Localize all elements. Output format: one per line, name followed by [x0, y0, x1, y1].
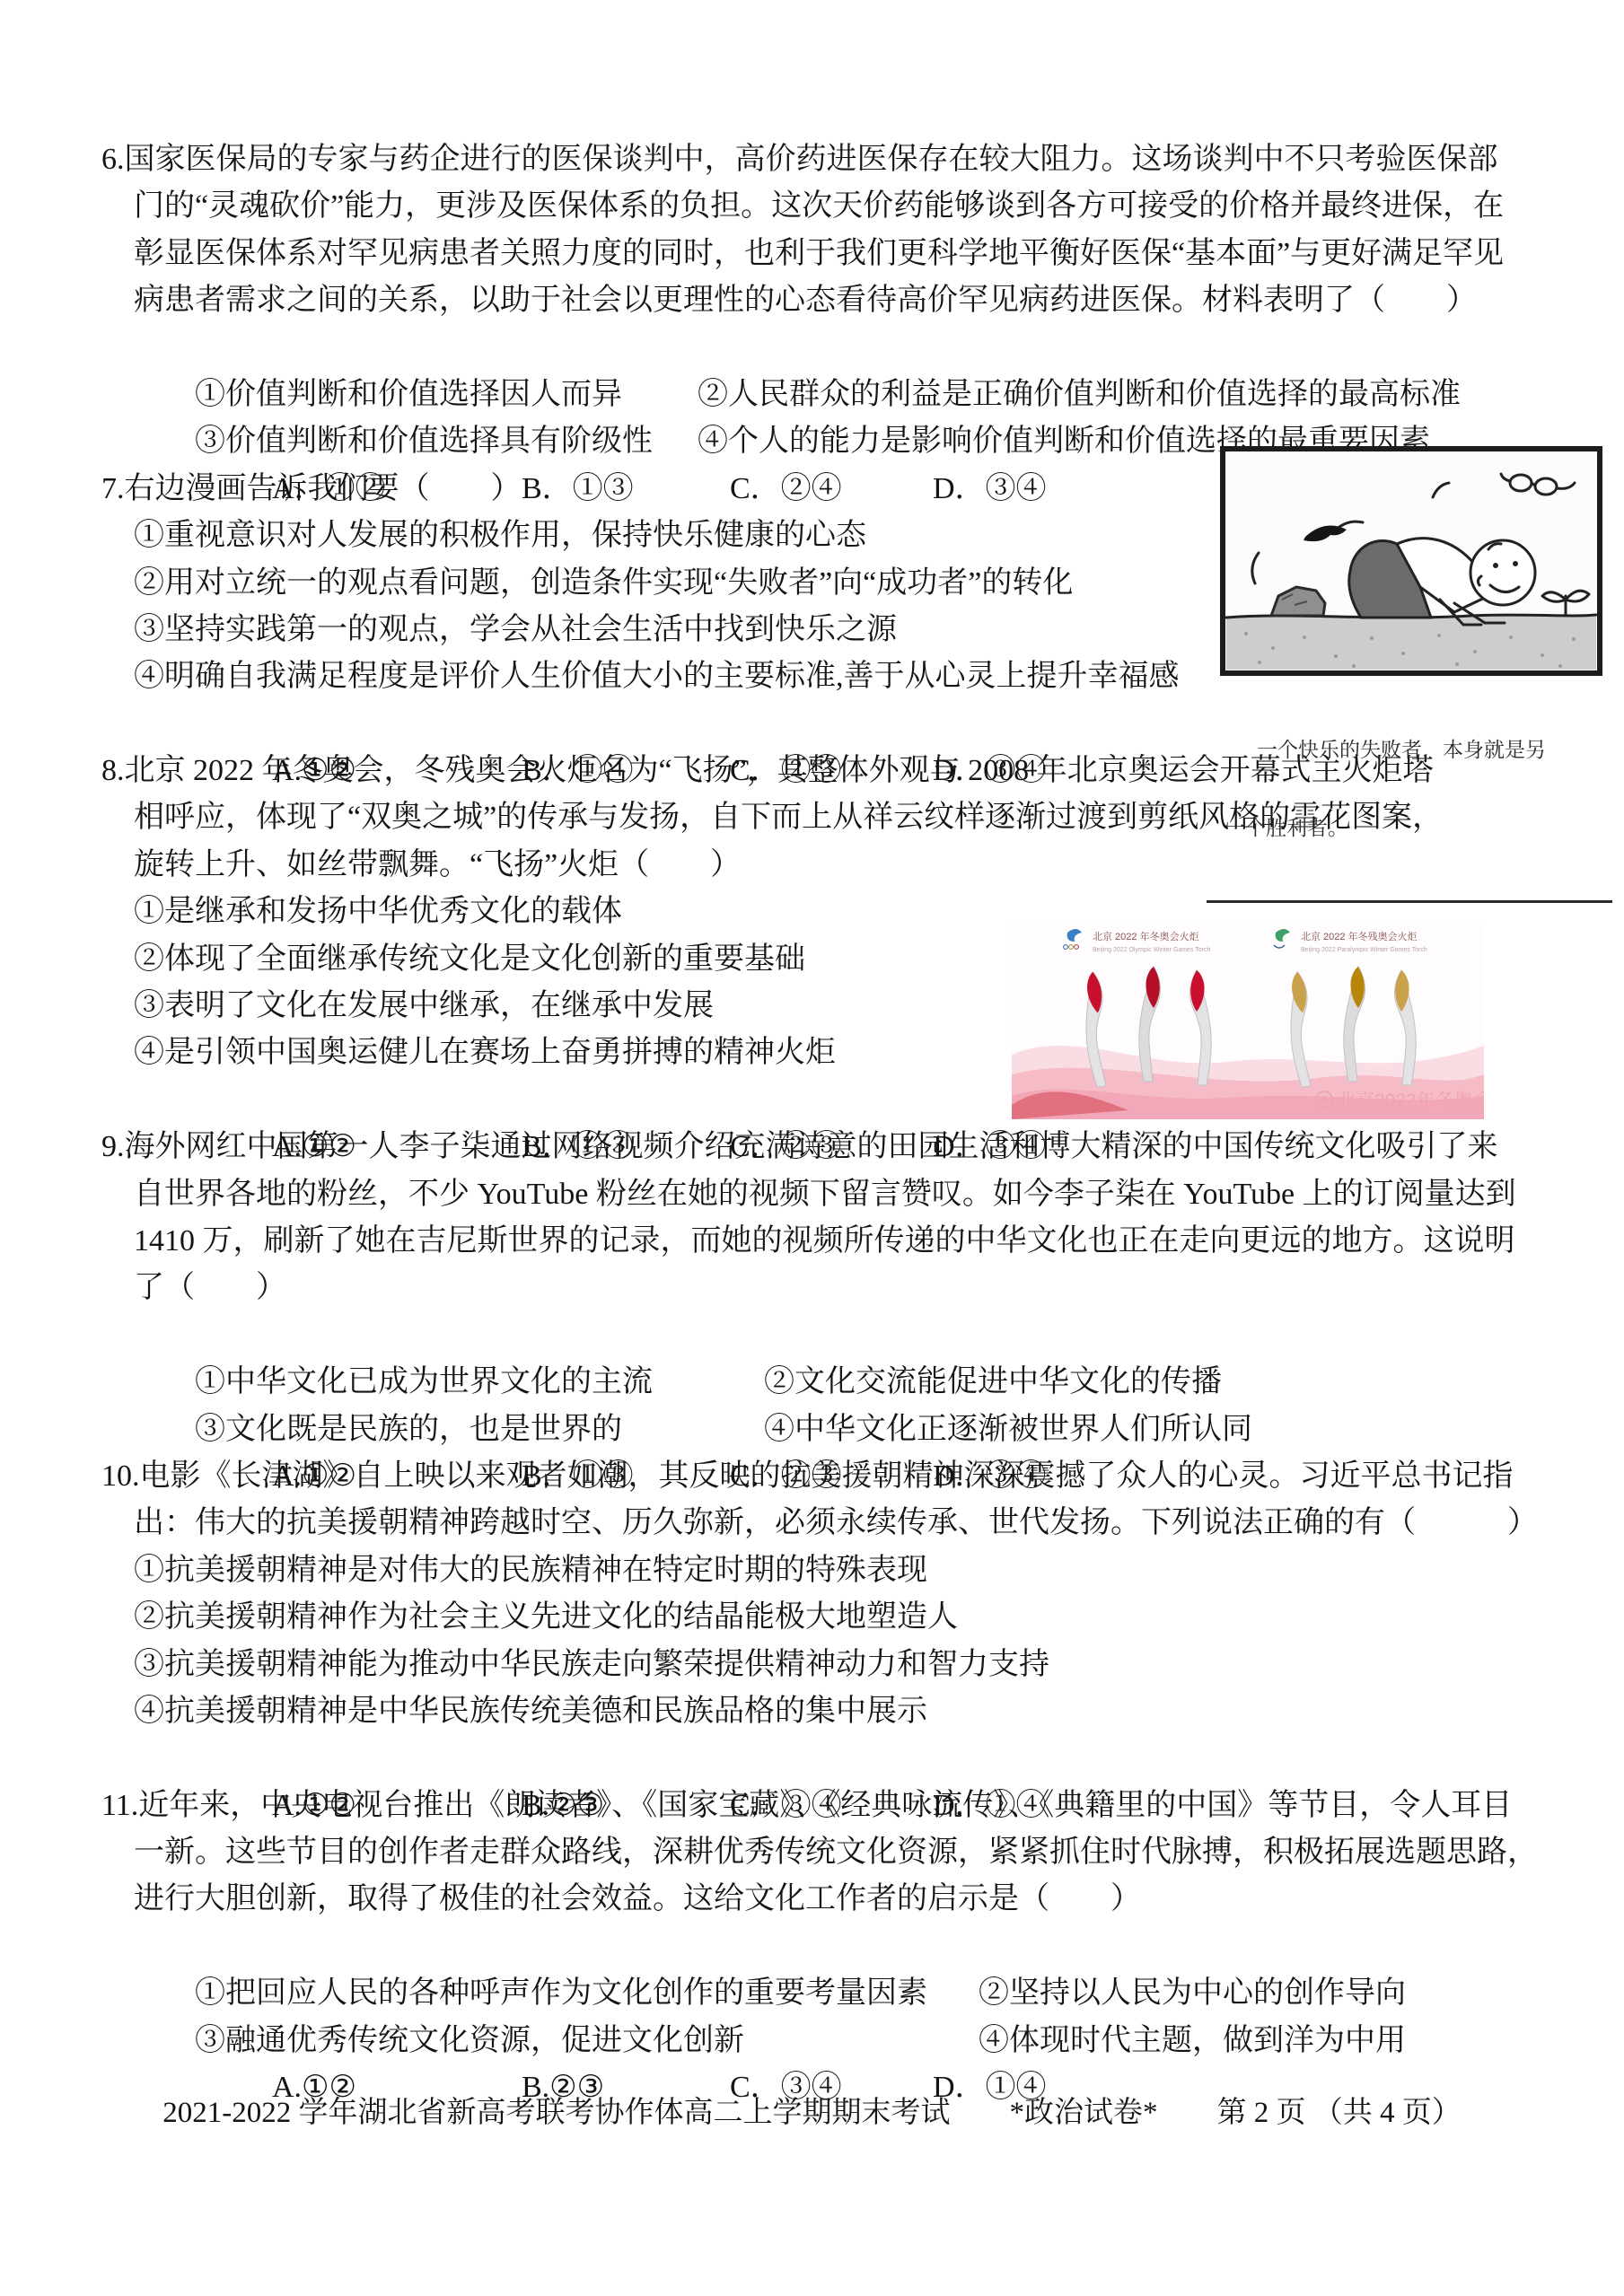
statement-1: ①把回应人民的各种呼声作为文化创作的重要考量因素	[195, 1970, 979, 2017]
question-6: 6.国家医保局的专家与药企进行的医保谈判中，高价药进医保存在较大阻力。这场谈判中…	[101, 136, 1556, 466]
choice-c: C．②④	[730, 466, 933, 513]
statement-4: ④体现时代主题，做到洋为中用	[979, 2018, 1406, 2064]
statement-3: ③融通优秀传统文化资源，促进文化创新	[195, 2018, 979, 2064]
paralympic-torch-subtitle: Beijing 2022 Paralympic Winter Games Tor…	[1301, 947, 1427, 953]
stem-line: 一新。这些节目的创作者走群众路线，深耕优秀传统文化资源，紧紧抓住时代脉搏，积极拓…	[101, 1829, 1556, 1876]
statement-2: ②坚持以人民为中心的创作导向	[979, 1970, 1406, 2017]
statement-line: ①把回应人民的各种呼声作为文化创作的重要考量因素②坚持以人民为中心的创作导向	[101, 1924, 1556, 1970]
statement-4: ④中华文化正逐渐被世界人们所认同	[764, 1407, 1252, 1453]
stem-line: 彰显医保体系对罕见病患者关照力度的同时，也利于我们更科学地平衡好医保“基本面”与…	[101, 231, 1556, 277]
stem-line: 出：伟大的抗美援朝精神跨越时空、历久弥新，必须永续传承、世代发扬。下列说法正确的…	[101, 1500, 1556, 1547]
statement-line: ④抗美援朝精神是中华民族传统美德和民族品格的集中展示	[101, 1688, 1556, 1735]
question-10: 10.电影《长津湖》自上映以来观者如潮，其反映的抗美援朝精神深深震撼了众人的心灵…	[101, 1453, 1556, 1783]
statement-line: ③抗美援朝精神能为推动中华民族走向繁荣提供精神动力和智力支持	[101, 1642, 1556, 1688]
stem-line: 进行大胆创新，取得了极佳的社会效益。这给文化工作者的启示是（ ）	[101, 1876, 1556, 1923]
statement-1: ①价值判断和价值选择因人而异	[195, 372, 698, 418]
statement-3: ③文化既是民族的，也是世界的	[195, 1407, 764, 1453]
stem-line: 门的“灵魂砍价”能力，更涉及医保体系的负担。这次天价药能够谈到各方可接受的价格并…	[101, 183, 1556, 230]
torch-drawing: 北京 2022 年冬奥会火炬 Beijing 2022 Olympic Wint…	[1012, 920, 1484, 1119]
stem-line: 自世界各地的粉丝，不少 YouTube 粉丝在她的视频下留言赞叹。如今李子柒在 …	[101, 1171, 1556, 1218]
question-9: 9.海外网红中国第一人李子柒通过网络视频介绍充满诗意的田园生活和博大精深的中国传…	[101, 1124, 1556, 1453]
cartoon-figure: 一个快乐的失败者，本身就是另 一个胜利者。	[1219, 445, 1603, 903]
stem-line: 10.电影《长津湖》自上映以来观者如潮，其反映的抗美援朝精神深深震撼了众人的心灵…	[101, 1453, 1556, 1500]
choices-row: A.①②B.②③C．③④D．①④	[101, 1735, 1556, 1782]
caption-line: 一个快乐的失败者，本身就是另	[1219, 737, 1603, 763]
stem-line: 了（ ）	[101, 1265, 1556, 1311]
caption-divider	[1207, 900, 1612, 903]
stem-line: 9.海外网红中国第一人李子柒通过网络视频介绍充满诗意的田园生活和博大精深的中国传…	[101, 1124, 1556, 1170]
olympic-torch-subtitle: Beijing 2022 Olympic Winter Games Torch	[1093, 947, 1210, 953]
statement-line: ②抗美援朝精神作为社会主义先进文化的结晶能极大地塑造人	[101, 1594, 1556, 1641]
cartoon-drawing	[1219, 445, 1603, 677]
statement-1: ①中华文化已成为世界文化的主流	[195, 1359, 764, 1406]
stem-line: 11.近年来，中央电视台推出《朗读者》、《国家宝藏》、《经典咏流传》、《典籍里的…	[101, 1783, 1556, 1829]
statement-3: ③价值判断和价值选择具有阶级性	[195, 418, 698, 465]
statement-line: ①价值判断和价值选择因人而异②人民群众的利益是正确价值判断和价值选择的最高标准	[101, 325, 1556, 372]
olympic-torch-title: 北京 2022 年冬奥会火炬	[1093, 930, 1199, 942]
statement-2: ②文化交流能促进中华文化的传播	[764, 1359, 1222, 1406]
stem-line: 1410 万，刷新了她在吉尼斯世界的记录，而她的视频所传递的中华文化也正在走向更…	[101, 1218, 1556, 1265]
choice-b: B．①③	[522, 466, 730, 513]
question-11: 11.近年来，中央电视台推出《朗读者》、《国家宝藏》、《经典咏流传》、《典籍里的…	[101, 1783, 1556, 2064]
cartoon-caption: 一个快乐的失败者，本身就是另 一个胜利者。	[1219, 685, 1603, 893]
stem-line: 6.国家医保局的专家与药企进行的医保谈判中，高价药进医保存在较大阻力。这场谈判中…	[101, 136, 1556, 183]
exam-page: 6.国家医保局的专家与药企进行的医保谈判中，高价药进医保存在较大阻力。这场谈判中…	[0, 0, 1624, 2296]
statement-2: ②人民群众的利益是正确价值判断和价值选择的最高标准	[698, 372, 1461, 418]
watermark: 北京2022年冬奥会	[1316, 1091, 1484, 1111]
paralympic-torch-title: 北京 2022 年冬残奥会火炬	[1301, 930, 1418, 942]
torch-image: 北京 2022 年冬奥会火炬 Beijing 2022 Olympic Wint…	[1012, 920, 1484, 1119]
stem-line: 病患者需求之间的关系，以助于社会以更理性的心态看待高价罕见病药进医保。材料表明了…	[101, 277, 1556, 324]
watermark-text: 北京2022年冬奥会	[1337, 1091, 1484, 1111]
statement-line: ①中华文化已成为世界文化的主流②文化交流能促进中华文化的传播	[101, 1312, 1556, 1359]
head	[1470, 540, 1535, 605]
ground	[1226, 615, 1596, 670]
caption-line: 一个胜利者。	[1219, 815, 1603, 841]
statement-line: ①抗美援朝精神是对伟大的民族精神在特定时期的特殊表现	[101, 1547, 1556, 1594]
choice-d: D．③④	[933, 466, 1047, 513]
page-footer: 2021-2022 学年湖北省新高考联考协作体高二上学期期末考试 *政治试卷* …	[0, 2093, 1624, 2133]
